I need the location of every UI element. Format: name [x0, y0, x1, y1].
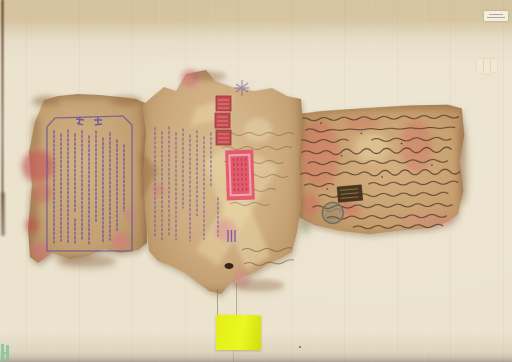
large-red-seal: [225, 150, 255, 201]
corner-label: [484, 11, 508, 21]
circular-grey-seal: [322, 202, 343, 223]
dust-speck: [299, 346, 301, 348]
script-columns: [155, 127, 218, 241]
left-fragment-ink: [26, 93, 149, 269]
yellow-sticky-note: [216, 315, 261, 350]
document-fragment-middle: [138, 70, 304, 296]
hanging-thread: [233, 350, 234, 362]
edge-tabs: [477, 59, 497, 74]
revenue-stamps: [215, 96, 231, 145]
left-edge-smudge: [1, 192, 5, 236]
hanging-thread: [236, 283, 237, 316]
document-fragment-left: [26, 93, 149, 269]
green-bar: [1, 352, 9, 354]
label-text-line: [487, 17, 505, 18]
title-glyphs: [76, 117, 102, 125]
script-columns: [54, 130, 124, 244]
tab: [484, 59, 490, 74]
label-text-line: [489, 14, 503, 15]
tab: [491, 59, 497, 72]
tab: [477, 59, 483, 73]
middle-fragment-ink: [138, 70, 304, 296]
green-calibration-mark: [0, 342, 11, 362]
right-fragment-ink: [291, 103, 469, 241]
photograph-canvas: [0, 0, 512, 362]
document-fragment-right: [291, 103, 469, 241]
asterisk-mark: [235, 80, 249, 96]
worm-hole: [225, 263, 234, 269]
brown-stamp: [337, 184, 363, 202]
hanging-thread: [217, 289, 218, 316]
